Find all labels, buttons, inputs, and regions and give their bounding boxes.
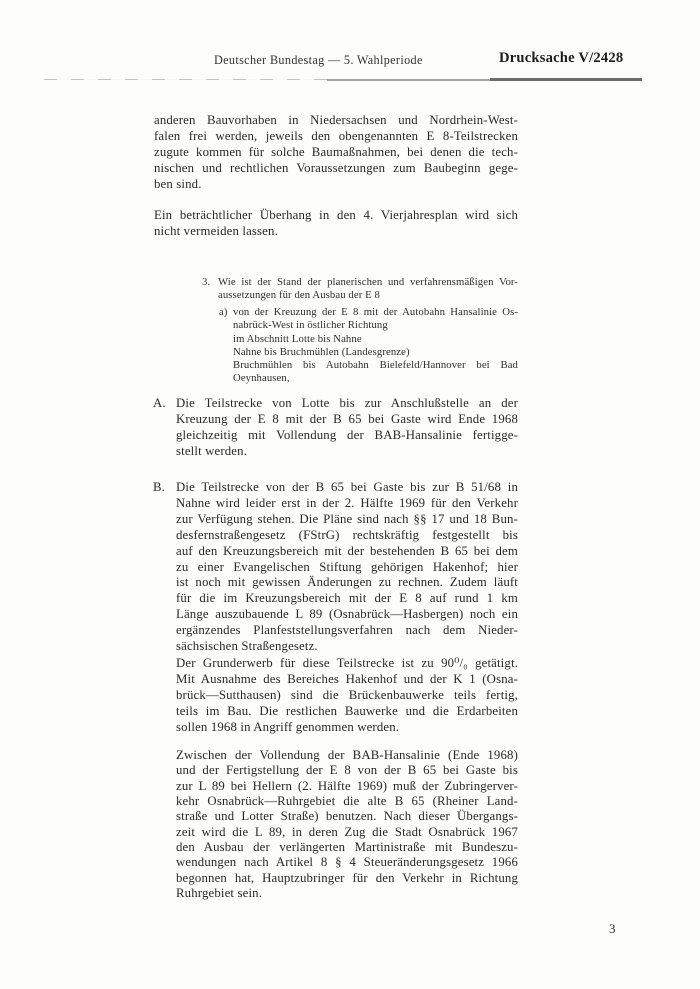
text-line: Die Teilstrecke von Lotte bis zur Anschl…	[176, 396, 518, 412]
text-line: Ein beträchtlicher Überhang in den 4. Vi…	[154, 208, 518, 224]
text-line: für die im Kreuzungsbereich mit der E 8 …	[176, 591, 518, 607]
question-intro: Wie ist der Stand der planerischen und v…	[218, 276, 518, 303]
text-line: Kreuzung der E 8 mit der B 65 bei Gaste …	[176, 412, 518, 428]
question-number: 3.	[202, 276, 210, 289]
text-line: von der Kreuzung der E 8 mit der Autobah…	[233, 306, 518, 319]
text-line: gleichzeitig mit Vollendung der BAB-Hans…	[176, 428, 518, 444]
header-journal-title: Deutscher Bundestag — 5. Wahlperiode	[214, 53, 423, 68]
text-line: zur Verfügung stehen. Die Pläne sind nac…	[176, 512, 518, 528]
text-line: im Abschnitt Lotte bis Nahne	[233, 333, 518, 346]
text-line: Mit Ausnahme des Bereiches Hakenhof und …	[176, 672, 518, 688]
text-line: aussetzungen für den Ausbau der E 8	[218, 289, 518, 302]
text-line: Der Grunderwerb für diese Teilstrecke is…	[176, 656, 518, 672]
text-line: Ruhrgebiet sein.	[176, 886, 518, 901]
header-doc-number: Drucksache V/2428	[499, 50, 623, 67]
text-line: wendungen nach Artikel 8 § 4 Steueränder…	[176, 855, 518, 870]
text-line: desfernstraßengesetz (FStrG) rechtskräft…	[176, 528, 518, 544]
text-line: teils im Bau. Die restlichen Bauwerke un…	[176, 704, 518, 720]
text-line: Die Teilstrecke von der B 65 bei Gaste b…	[176, 480, 518, 496]
text-line: Oeynhausen,	[233, 372, 518, 385]
header-rule-segment	[327, 79, 492, 81]
text-line: ist noch mit gewissen Änderungen zu rech…	[176, 575, 518, 591]
text-line: brück—Sutthausen) sind die Brückenbauwer…	[176, 688, 518, 704]
text-line: Länge auszubauende L 89 (Osnabrück—Hasbe…	[176, 607, 518, 623]
text-line: sächsischen Straßengesetz.	[176, 639, 518, 655]
answer-b-paragraph: Die Teilstrecke von der B 65 bei Gaste b…	[176, 480, 518, 655]
text-line: sollen 1968 in Angriff genommen werden.	[176, 720, 518, 736]
question-item-label: a)	[219, 306, 228, 319]
question-item-a: von der Kreuzung der E 8 mit der Autobah…	[233, 306, 518, 386]
text-line: straße und Lotter Straße) benutzen. Nach…	[176, 809, 518, 824]
text-line: falen frei werden, jeweils den obengenan…	[154, 129, 518, 145]
answer-a-label: A.	[153, 396, 166, 412]
text-line: Nahne wird leider erst in der 2. Hälfte …	[176, 496, 518, 512]
text-line: Nahne bis Bruchmühlen (Landesgrenze)	[233, 346, 518, 359]
text-line: ergänzendes Planfeststellungsverfahren n…	[176, 623, 518, 639]
text-line: zur L 89 bei Hellern (2. Hälfte 1969) mu…	[176, 779, 518, 794]
header-rule-segment	[490, 78, 642, 81]
text-line: anderen Bauvorhaben in Niedersachsen und…	[154, 113, 518, 129]
paragraph-intro-1: anderen Bauvorhaben in Niedersachsen und…	[154, 113, 518, 193]
answer-a-paragraph: Die Teilstrecke von Lotte bis zur Anschl…	[176, 396, 518, 460]
text-line: zeit wird die L 89, in deren Zug die Sta…	[176, 825, 518, 840]
text-line: Bruchmühlen bis Autobahn Bielefeld/Hanno…	[233, 359, 518, 372]
paragraph-grunderwerb: Der Grunderwerb für diese Teilstrecke is…	[176, 656, 518, 736]
paragraph-zwischen: Zwischen der Vollendung der BAB-Hansalin…	[176, 748, 518, 901]
text-line: zu einer Evangelischen Stiftung gehörige…	[176, 560, 518, 576]
paragraph-intro-2: Ein beträchtlicher Überhang in den 4. Vi…	[154, 208, 518, 240]
text-line: den Ausbau der verlängerten Martinistraß…	[176, 840, 518, 855]
text-line: zugute kommen für solche Baumaßnahmen, b…	[154, 145, 518, 161]
text-line: und der Fertigstellung der E 8 von der B…	[176, 763, 518, 778]
text-line: ben sind.	[154, 177, 518, 193]
text-line: kehr Osnabrück—Ruhrgebiet die alte B 65 …	[176, 794, 518, 809]
text-line: begonnen hat, Hauptzubringer für den Ver…	[176, 871, 518, 886]
document-page: Deutscher Bundestag — 5. Wahlperiode Dru…	[0, 0, 700, 989]
text-line: nischen und rechtlichen Voraussetzungen …	[154, 161, 518, 177]
text-line: stellt werden.	[176, 444, 518, 460]
header-rule-segment	[44, 79, 329, 80]
page-number: 3	[609, 921, 616, 937]
text-line: Zwischen der Vollendung der BAB-Hansalin…	[176, 748, 518, 763]
answer-b-label: B.	[153, 480, 165, 496]
text-line: Wie ist der Stand der planerischen und v…	[218, 276, 518, 289]
text-line: auf den Kreuzungsbereich mit der bestehe…	[176, 544, 518, 560]
header-rule	[44, 78, 642, 82]
text-line: nicht vermeiden lassen.	[154, 224, 518, 240]
text-line: nabrück-West in östlicher Richtung	[233, 319, 518, 332]
